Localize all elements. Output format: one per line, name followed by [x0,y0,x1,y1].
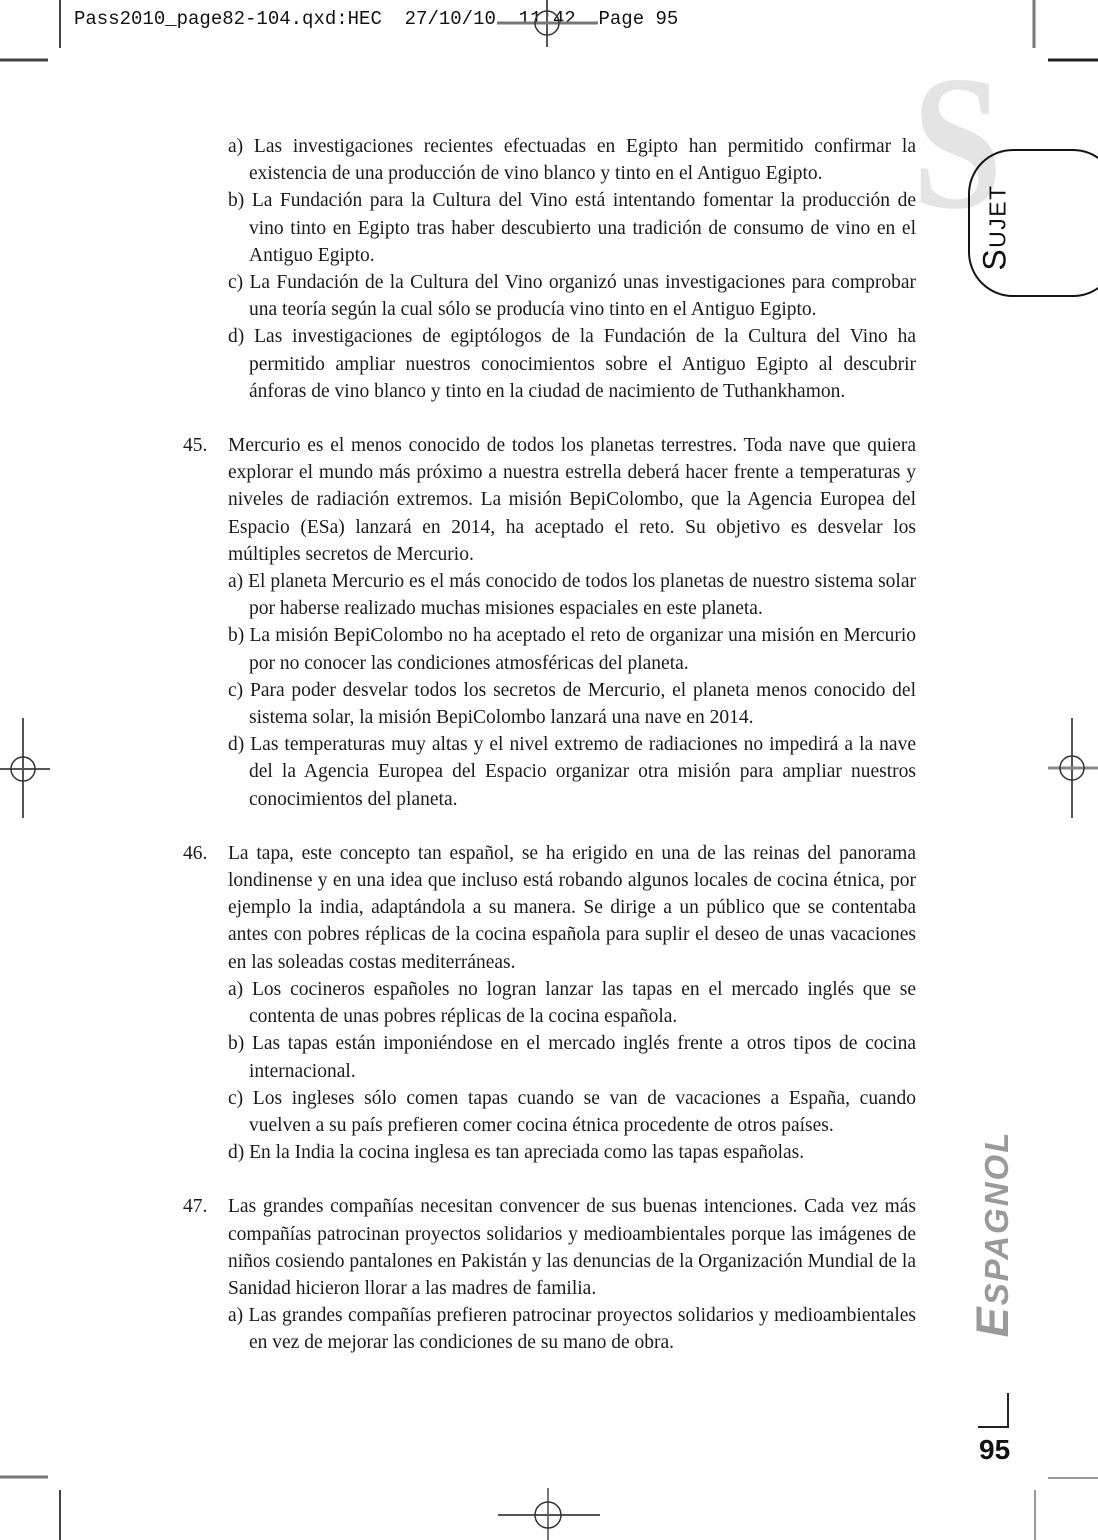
print-header-slug: Pass2010_page82-104.qxd:HEC 27/10/10 11:… [74,8,678,30]
answer-options-group: a) El planeta Mercurio es el más conocid… [183,568,916,813]
question-number: 46. [183,840,207,867]
question: 45.Mercurio es el menos conocido de todo… [183,432,916,813]
question: 47.Las grandes compañías necesitan conve… [183,1193,916,1356]
question-list: a) Las investigaciones recientes efectua… [183,133,916,1357]
option-text: Los ingleses sólo comen tapas cuando se … [249,1088,916,1136]
option-text: Las investigaciones de egiptólogos de la… [249,326,916,401]
question-stem-block: 45.Mercurio es el menos conocido de todo… [183,432,916,568]
option-label: b) [228,1033,252,1054]
question-stem-block: 47.Las grandes compañías necesitan conve… [183,1193,916,1302]
answer-option: d) Las temperaturas muy altas y el nivel… [228,731,916,813]
answer-options-group: a) Las grandes compañías prefieren patro… [183,1302,916,1356]
option-label: a) [228,136,254,157]
option-label: b) [228,190,252,211]
option-text: Los cocineros españoles no logran lanzar… [249,979,916,1027]
option-label: d) [228,734,250,755]
answer-option: b) La misión BepiColombo no ha aceptado … [228,622,916,676]
option-text: Las tapas están imponiéndose en el merca… [249,1033,916,1081]
option-text: Para poder desvelar todos los secretos d… [249,680,916,728]
answer-option: a) Las investigaciones recientes efectua… [228,133,916,187]
sujet-tab-label: SUJET [977,163,1014,293]
answer-option: a) El planeta Mercurio es el más conocid… [228,568,916,622]
question-stem: Las grandes compañías necesitan convence… [228,1196,916,1299]
question: 46.La tapa, este concepto tan español, s… [183,840,916,1166]
option-label: a) [228,1305,248,1326]
answer-option: d) En la India la cocina inglesa es tan … [228,1139,916,1166]
option-label: c) [228,272,249,293]
option-label: a) [228,571,248,592]
option-label: c) [228,680,250,701]
answer-option: c) Los ingleses sólo comen tapas cuando … [228,1085,916,1139]
language-label: ESPAGNOL [967,1114,1019,1354]
answer-option: b) La Fundación para la Cultura del Vino… [228,187,916,269]
option-text: La Fundación de la Cultura del Vino orga… [249,272,916,320]
option-label: d) [228,326,254,347]
option-label: b) [228,625,249,646]
page-number: 95 [979,1434,1010,1466]
question-stem: Mercurio es el menos conocido de todos l… [228,435,916,565]
answer-option: d) Las investigaciones de egiptólogos de… [228,323,916,405]
option-text: Las temperaturas muy altas y el nivel ex… [249,734,916,809]
answer-option: b) Las tapas están imponiéndose en el me… [228,1030,916,1084]
option-label: d) [228,1142,249,1163]
question-stem-block: 46.La tapa, este concepto tan español, s… [183,840,916,976]
option-text: Las grandes compañías prefieren patrocin… [248,1305,916,1353]
answer-options-group: a) Los cocineros españoles no logran lan… [183,976,916,1166]
answer-option: a) Los cocineros españoles no logran lan… [228,976,916,1030]
question-number: 45. [183,432,207,459]
question-number: 47. [183,1193,207,1220]
option-label: c) [228,1088,253,1109]
question-stem: La tapa, este concepto tan español, se h… [228,843,916,973]
option-text: En la India la cocina inglesa es tan apr… [249,1142,804,1163]
option-text: El planeta Mercurio es el más conocido d… [248,571,916,619]
option-text: La Fundación para la Cultura del Vino es… [249,190,916,265]
page-number-bracket [978,1393,1009,1428]
option-label: a) [228,979,252,1000]
option-text: Las investigaciones recientes efectuadas… [249,136,916,184]
option-text: La misión BepiColombo no ha aceptado el … [249,625,916,673]
answer-option: c) La Fundación de la Cultura del Vino o… [228,269,916,323]
answer-options-group: a) Las investigaciones recientes efectua… [183,133,916,405]
answer-option: c) Para poder desvelar todos los secreto… [228,677,916,731]
answer-option: a) Las grandes compañías prefieren patro… [228,1302,916,1356]
scanned-document-page: { "header": { "slug": "Pass2010_page82-1… [0,0,1098,1540]
